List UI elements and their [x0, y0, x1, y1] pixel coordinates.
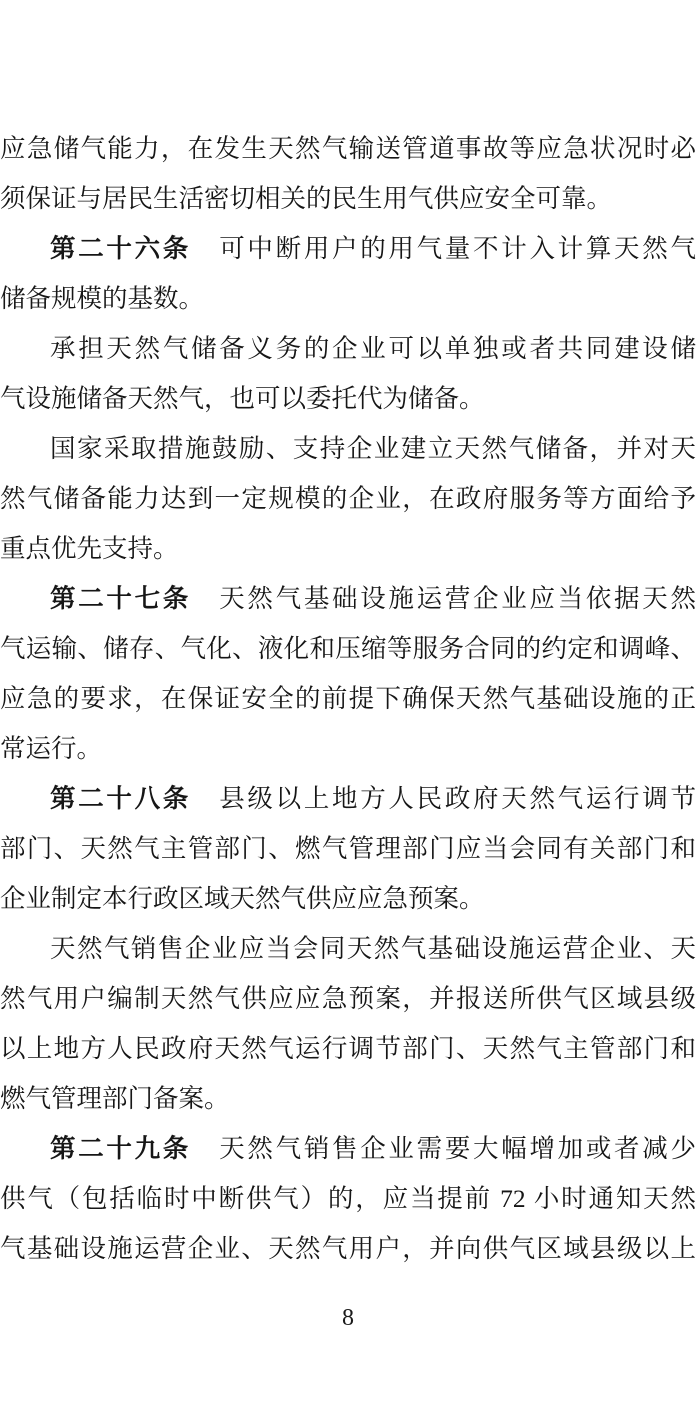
line-text: 气设施储备天然气，也可以委托代为储备。 [0, 384, 485, 413]
text-line: 重点优先支持。 [0, 524, 696, 574]
text-line: 然气储备能力达到一定规模的企业，在政府服务等方面给予 [0, 474, 696, 524]
label-gap [191, 784, 219, 813]
text-line: 第二十六条 可中断用户的用气量不计入计算天然气 [0, 224, 696, 274]
text-line: 然气用户编制天然气供应应急预案，并报送所供气区域县级 [0, 974, 696, 1024]
line-text: 国家采取措施鼓励、支持企业建立天然气储备，并对天 [50, 434, 696, 463]
line-text: 县级以上地方人民政府天然气运行调节 [219, 784, 696, 813]
line-text: 应急储气能力，在发生天然气输送管道事故等应急状况时必 [0, 134, 696, 163]
document-page: 应急储气能力，在发生天然气输送管道事故等应急状况时必须保证与居民生活密切相关的民… [0, 0, 696, 1415]
line-text: 须保证与居民生活密切相关的民生用气供应安全可靠。 [0, 184, 612, 213]
text-line: 第二十九条 天然气销售企业需要大幅增加或者减少 [0, 1124, 696, 1174]
text-line: 第二十七条 天然气基础设施运营企业应当依据天然 [0, 574, 696, 624]
text-line: 燃气管理部门备案。 [0, 1074, 696, 1124]
line-text: 应急的要求，在保证安全的前提下确保天然气基础设施的正 [0, 684, 696, 713]
line-text: 部门、天然气主管部门、燃气管理部门应当会同有关部门和 [0, 834, 696, 863]
line-text: 以上地方人民政府天然气运行调节部门、天然气主管部门和 [0, 1034, 696, 1063]
label-gap [191, 234, 219, 263]
line-text: 天然气销售企业应当会同天然气基础设施运营企业、天 [50, 934, 696, 963]
text-line: 第二十八条 县级以上地方人民政府天然气运行调节 [0, 774, 696, 824]
line-text: 然气储备能力达到一定规模的企业，在政府服务等方面给予 [0, 484, 696, 513]
text-block: 应急储气能力，在发生天然气输送管道事故等应急状况时必须保证与居民生活密切相关的民… [0, 124, 696, 1274]
text-line: 储备规模的基数。 [0, 274, 696, 324]
text-line: 国家采取措施鼓励、支持企业建立天然气储备，并对天 [0, 424, 696, 474]
label-gap [191, 1134, 219, 1163]
text-line: 承担天然气储备义务的企业可以单独或者共同建设储 [0, 324, 696, 374]
text-line: 气运输、储存、气化、液化和压缩等服务合同的约定和调峰、 [0, 624, 696, 674]
line-text: 可中断用户的用气量不计入计算天然气 [219, 234, 696, 263]
line-text: 天然气销售企业需要大幅增加或者减少 [219, 1134, 696, 1163]
text-line: 应急储气能力，在发生天然气输送管道事故等应急状况时必 [0, 124, 696, 174]
line-text: 气运输、储存、气化、液化和压缩等服务合同的约定和调峰、 [0, 634, 696, 663]
text-line: 应急的要求，在保证安全的前提下确保天然气基础设施的正 [0, 674, 696, 724]
text-line: 供气（包括临时中断供气）的，应当提前 72 小时通知天然 [0, 1174, 696, 1224]
text-line: 须保证与居民生活密切相关的民生用气供应安全可靠。 [0, 174, 696, 224]
text-line: 企业制定本行政区域天然气供应应急预案。 [0, 874, 696, 924]
text-line: 部门、天然气主管部门、燃气管理部门应当会同有关部门和 [0, 824, 696, 874]
line-text: 重点优先支持。 [0, 534, 179, 563]
line-text: 储备规模的基数。 [0, 284, 204, 313]
text-line: 常运行。 [0, 724, 696, 774]
label-gap [191, 584, 219, 613]
article-number-label: 第二十六条 [50, 234, 191, 263]
article-number-label: 第二十八条 [50, 784, 191, 813]
line-text: 供气（包括临时中断供气）的，应当提前 72 小时通知天然 [0, 1184, 696, 1213]
line-text: 然气用户编制天然气供应应急预案，并报送所供气区域县级 [0, 984, 696, 1013]
line-text: 常运行。 [0, 734, 102, 763]
text-line: 气设施储备天然气，也可以委托代为储备。 [0, 374, 696, 424]
text-line: 以上地方人民政府天然气运行调节部门、天然气主管部门和 [0, 1024, 696, 1074]
line-text: 燃气管理部门备案。 [0, 1084, 230, 1113]
article-number-label: 第二十九条 [50, 1134, 191, 1163]
text-line: 气基础设施运营企业、天然气用户，并向供气区域县级以上 [0, 1224, 696, 1274]
line-text: 企业制定本行政区域天然气供应应急预案。 [0, 884, 485, 913]
line-text: 承担天然气储备义务的企业可以单独或者共同建设储 [50, 334, 696, 363]
line-text: 气基础设施运营企业、天然气用户，并向供气区域县级以上 [0, 1234, 696, 1263]
article-number-label: 第二十七条 [50, 584, 191, 613]
page-number: 8 [0, 1303, 696, 1333]
line-text: 天然气基础设施运营企业应当依据天然 [219, 584, 696, 613]
text-line: 天然气销售企业应当会同天然气基础设施运营企业、天 [0, 924, 696, 974]
